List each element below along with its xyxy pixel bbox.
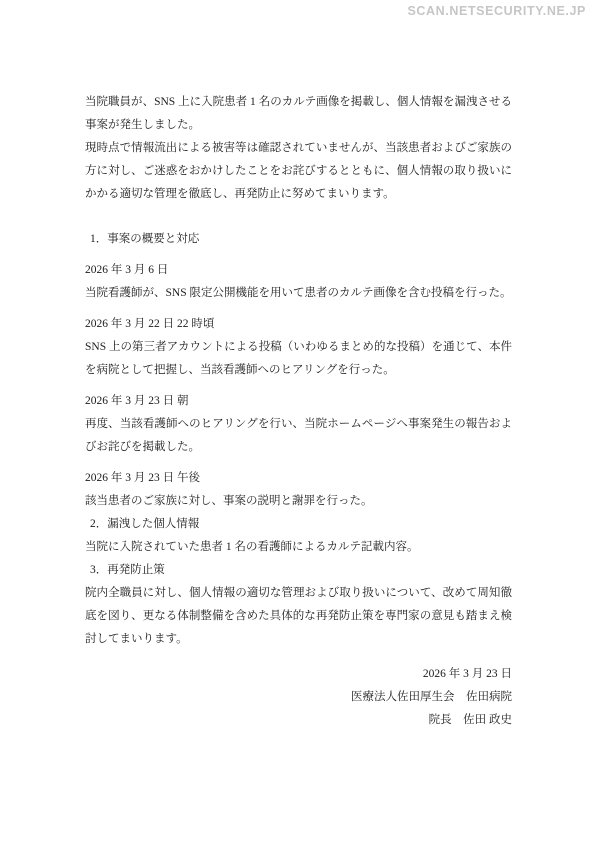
timeline-entry-3-body: 再度、当該看護師へのヒアリングを行い、当院ホームページへ事案発生の報告およびお詫… (85, 413, 512, 459)
section-2-heading: 2．漏洩した個人情報 (85, 513, 512, 536)
timeline-entry-4-body: 該当患者のご家族に対し、事案の説明と謝罪を行った。 (85, 490, 512, 513)
section-1-heading: 1．事案の概要と対応 (85, 228, 512, 251)
document-page: SCAN.NETSECURITY.NE.JP 当院職員が、SNS 上に入院患者 … (0, 0, 595, 841)
site-watermark: SCAN.NETSECURITY.NE.JP (407, 4, 586, 18)
timeline-entry-3: 2026 年 3 月 23 日 朝 再度、当該看護師へのヒアリングを行い、当院ホ… (85, 390, 512, 459)
timeline-entry-2-date: 2026 年 3 月 22 日 22 時頃 (85, 313, 512, 336)
intro-paragraph-1: 当院職員が、SNS 上に入院患者 1 名のカルテ画像を掲載し、個人情報を漏洩させ… (85, 91, 512, 137)
timeline-entry-4: 2026 年 3 月 23 日 午後 該当患者のご家族に対し、事案の説明と謝罪を… (85, 467, 512, 513)
timeline-entry-4-date: 2026 年 3 月 23 日 午後 (85, 467, 512, 490)
section-2-body: 当院に入院されていた患者 1 名の看護師によるカルテ記載内容。 (85, 536, 512, 559)
timeline-entry-2: 2026 年 3 月 22 日 22 時頃 SNS 上の第三者アカウントによる投… (85, 313, 512, 382)
timeline-entry-1: 2026 年 3 月 6 日 当院看護師が、SNS 限定公開機能を用いて患者のカ… (85, 259, 512, 305)
document-content: 当院職員が、SNS 上に入院患者 1 名のカルテ画像を掲載し、個人情報を漏洩させ… (85, 91, 512, 732)
section-3-body: 院内全職員に対し、個人情報の適切な管理および取り扱いについて、改めて周知徹底を図… (85, 582, 512, 651)
timeline-entry-1-body: 当院看護師が、SNS 限定公開機能を用いて患者のカルテ画像を含む投稿を行った。 (85, 282, 512, 305)
signature-organization: 医療法人佐田厚生会 佐田病院 (85, 686, 512, 709)
timeline-entry-2-body: SNS 上の第三者アカウントによる投稿（いわゆるまとめ的な投稿）を通じて、本件を… (85, 336, 512, 382)
signature-signer: 院長 佐田 政史 (85, 709, 512, 732)
timeline-entry-1-date: 2026 年 3 月 6 日 (85, 259, 512, 282)
signature-date: 2026 年 3 月 23 日 (85, 663, 512, 686)
intro-paragraph-2: 現時点で情報流出による被害等は確認されていませんが、当該患者およびご家族の方に対… (85, 137, 512, 206)
timeline-entry-3-date: 2026 年 3 月 23 日 朝 (85, 390, 512, 413)
section-3-heading: 3．再発防止策 (85, 559, 512, 582)
signature-block: 2026 年 3 月 23 日 医療法人佐田厚生会 佐田病院 院長 佐田 政史 (85, 663, 512, 732)
